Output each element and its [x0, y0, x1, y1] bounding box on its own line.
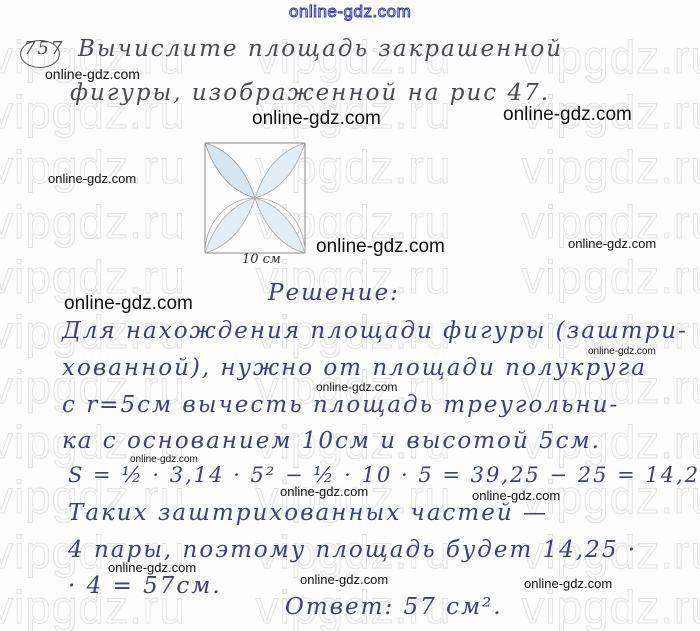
overlay-watermark: online-gdz.com	[568, 236, 656, 251]
overlay-watermark: online-gdz.com	[108, 560, 196, 575]
solution-line: · 4 = 57см.	[68, 573, 222, 599]
figure-caption: 10 см	[242, 252, 281, 267]
overlay-watermark: online-gdz.com	[300, 572, 388, 587]
overlay-watermark: online-gdz.com	[524, 576, 612, 591]
overlay-watermark: online-gdz.com	[588, 346, 656, 357]
overlay-watermark: online-gdz.com	[130, 454, 198, 465]
solution-line: с r=5см вычесть площадь треугольни-	[62, 392, 619, 418]
overlay-watermark: online-gdz.com	[48, 171, 136, 186]
overlay-watermark: online-gdz.com	[316, 236, 445, 258]
solution-line: Для нахождения площади фигуры (заштри-	[62, 318, 688, 344]
overlay-watermark: online-gdz.com	[280, 484, 368, 499]
site-brand-link[interactable]: online-gdz.com	[289, 2, 411, 22]
overlay-watermark: online-gdz.com	[316, 380, 397, 394]
task-line: Вычислите площадь закрашенной	[78, 36, 563, 62]
overlay-watermark: online-gdz.com	[45, 66, 140, 82]
solution-line: хованной), нужно от площади полукруга	[62, 355, 647, 381]
solution-line: ка с основанием 10см и высотой 5см.	[62, 428, 601, 454]
solution-formula: S = ½ · 3,14 · 5² − ½ · 10 · 5 = 39,25 −…	[68, 463, 700, 487]
figure-diagram	[200, 138, 310, 258]
solution-line: Таких заштрихованных частей —	[68, 500, 548, 526]
solution-heading: Решение:	[268, 280, 400, 306]
overlay-watermark: online-gdz.com	[472, 488, 560, 503]
overlay-watermark: online-gdz.com	[252, 108, 381, 130]
task-line: фигуры, изображенной на рис 47.	[70, 80, 550, 106]
task-number: 757	[24, 38, 64, 59]
overlay-watermark: online-gdz.com	[64, 293, 193, 315]
answer: Ответ: 57 см².	[285, 594, 503, 620]
overlay-watermark: online-gdz.com	[503, 104, 632, 126]
